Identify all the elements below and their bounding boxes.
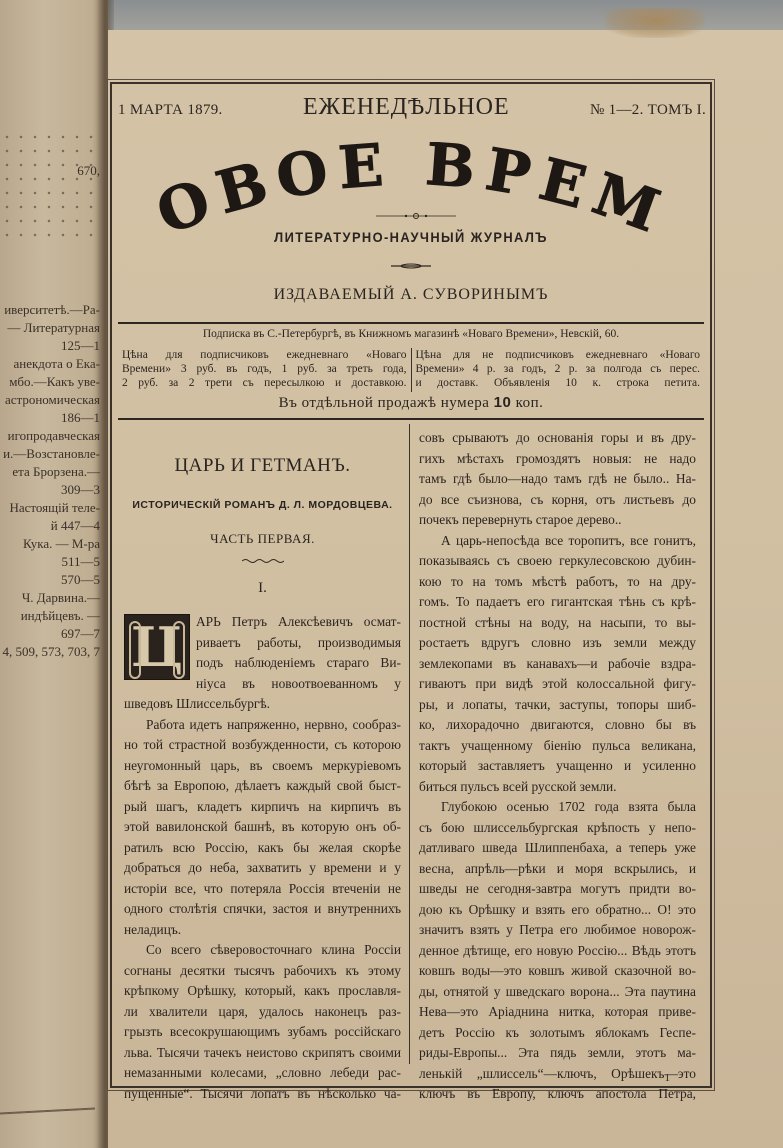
price-line: Времени» 4 р. за годъ, 2 р. за полгода с… [416, 362, 701, 376]
left-page-index-line: 511—5 [61, 554, 100, 570]
text-line: гиваютъ при видѣ этой колоссальной фигу- [419, 674, 696, 695]
price-line: 2 руб. за 2 трети съ пересылкою и достав… [122, 376, 407, 390]
text-line: Глубокою осенью 1702 года взята была [419, 797, 696, 818]
left-page-index-line: 570—5 [61, 572, 100, 588]
price-subscribers: Цѣна для подписчиковъ ежедневнаго «Новаг… [118, 348, 412, 392]
weekly-label: ЕЖЕНЕДѢЛЬНОЕ [303, 94, 510, 121]
article-column-left: ЦАРЬ И ГЕТМАНЪ. ИСТОРИЧЕСКІЙ РОМАНЪ Д. Л… [118, 424, 410, 1064]
text-line: датливаго шведа Шлиппенбаха, а теперь уж… [419, 838, 696, 859]
text-line: пущенные“. Тысячи лопатъ въ нѣсколько ча… [124, 1084, 401, 1105]
left-page-leader-dots [0, 130, 100, 240]
single-sale-suffix: коп. [516, 395, 544, 411]
text-line: шведы не сегодня-завтра могутъ придти во… [419, 879, 696, 900]
content-rule [118, 418, 704, 420]
journal-page-frame: 1 МАРТА 1879. ЕЖЕНЕДѢЛЬНОЕ № 1—2. ТОМЪ I… [110, 82, 712, 1088]
masthead-text: НОВОЕ ВРЕМЯ [112, 142, 677, 242]
paper-stain [605, 8, 705, 38]
single-issue-price: Въ отдѣльной продажѣ нумера 10 коп. [112, 394, 710, 412]
left-page-index-line: анекдота о Ека- [13, 356, 100, 372]
text-line: неладицъ. [124, 920, 401, 941]
text-line: ленькій „шлиссель“—ключъ, Орѣшекъ—это [419, 1064, 696, 1085]
text-line: Нева—это Аріаднина нитка, которая приве- [419, 1002, 696, 1023]
text-line: который заставляетъ учащенно и усиленно [419, 756, 696, 777]
left-page-index-line: индѣйцевъ. — [21, 608, 100, 624]
text-line: неугомонный царь, въ своемъ меркуріевомъ [124, 756, 401, 777]
text-line: съ бою шлиссельбургская крѣпость у непо- [419, 818, 696, 839]
publisher-line: ИЗДАВАЕМЫЙ А. СУВОРИНЫМЪ [112, 286, 710, 304]
left-page-index-line: астрономическая [5, 392, 100, 408]
decorated-dropcap: Ц [124, 614, 190, 680]
text-line: бѣгѣ за Европою, дѣлаетъ каждый свой быс… [124, 776, 401, 797]
text-line: риды-Европы... Эта пядь земли, этотъ ма- [419, 1043, 696, 1064]
price-box: Цѣна для подписчиковъ ежедневнаго «Новаг… [118, 348, 704, 392]
article-subtitle: ИСТОРИЧЕСКІЙ РОМАНЪ Д. Л. МОРДОВЦЕВА. [124, 495, 401, 516]
text-line: почекъ перевернуть старое дерево.. [419, 510, 696, 531]
text-line: шведовъ Шлиссельбургѣ. [124, 694, 401, 715]
text-line: рый шагъ, кладетъ кирпичъ на кирпичъ въ [124, 797, 401, 818]
text-line: денное дѣтище, его новую Россію... Вѣдь … [419, 941, 696, 962]
text-line: крѣпкому Орѣшку, который, какъ прославля… [124, 981, 401, 1002]
price-line: Времени» 3 руб. въ годъ, 1 руб. за треть… [122, 362, 407, 376]
header-rule [118, 322, 704, 324]
text-line: ростаетъ вдругъ словно изъ земли между [419, 633, 696, 654]
text-line: ковшъ воды—это ковшъ живой сказочной во- [419, 961, 696, 982]
article-columns: ЦАРЬ И ГЕТМАНЪ. ИСТОРИЧЕСКІЙ РОМАНЪ Д. Л… [118, 424, 704, 1064]
right-column-body: совъ срываютъ до основанія горы и въ дру… [419, 428, 696, 1105]
text-line: грызть всесокрушающимъ зубамъ россійскаг… [124, 1022, 401, 1043]
left-page-index-line: 125—1 [61, 338, 100, 354]
part-title: ЧАСТЬ ПЕРВАЯ. [124, 529, 401, 550]
text-line: ключъ въ Европу, ключъ апостола Петра, [419, 1084, 696, 1105]
text-line: дою къ Орѣшку и взять его обратно... О! … [419, 900, 696, 921]
text-line: до все съизнова, съ корня, отъ листьевъ … [419, 490, 696, 511]
header-row: 1 МАРТА 1879. ЕЖЕНЕДѢЛЬНОЕ № 1—2. ТОМЪ I… [118, 94, 706, 128]
left-page-index-line: 4, 509, 573, 703, 7 [3, 644, 101, 660]
squiggle-divider-icon [242, 558, 284, 564]
text-line: ніуса въ новоотвоеванномъ у [196, 674, 401, 695]
left-page-index-line: Настоящій теле- [9, 500, 100, 516]
price-nonsubscribers: Цѣна для не подписчиковъ ежедневнаго «Но… [412, 348, 705, 392]
page-number: 1 [665, 1072, 671, 1084]
left-page-index-line: Ч. Дарвина.— [22, 590, 100, 606]
left-page-index-line: 186—1 [61, 410, 100, 426]
text-line: исторіи все, что потеряла Россія втечені… [124, 879, 401, 900]
text-line: льва. Тысячи тачекъ неистово скрипятъ св… [124, 1043, 401, 1064]
price-line: Цѣна для не подписчиковъ ежедневнаго «Но… [416, 348, 701, 362]
left-page-index-line: ета Брорзена.— [12, 464, 100, 480]
single-sale-price: 10 [494, 394, 512, 411]
left-page-index-line: и.—Возстановле- [3, 446, 100, 462]
text-line: показываясь съ своею геркулесовскою дуби… [419, 551, 696, 572]
text-line: тактъ учащенному біенію пульса великана, [419, 736, 696, 757]
text-line: тамъ гдѣ было—надо тамъ гдѣ не было.. На… [419, 469, 696, 490]
text-line: Со всего сѣверовосточнаго клина Россіи [124, 940, 401, 961]
text-line: кою то на томъ мѣстѣ работъ, то на дру- [419, 572, 696, 593]
text-line: гомъ. То падаетъ его гигантская тѣнь съ … [419, 592, 696, 613]
text-line: риваетъ работы, производимыя [196, 633, 401, 654]
chapter-number: I. [124, 578, 401, 599]
ornament-divider-icon [376, 212, 456, 220]
subscription-info: Подписка въ С.-Петербургѣ, въ Книжномъ м… [112, 328, 710, 340]
text-line: АРЬ Петръ Алексѣевичъ осмат- [196, 612, 401, 633]
left-page-index-line: мбо.—Какъ уве- [9, 374, 100, 390]
text-line: немазанными колесами, „словно лебеди рас… [124, 1063, 401, 1084]
left-column-body: шведовъ Шлиссельбургѣ.Работа идетъ напря… [124, 694, 401, 1104]
left-page-index-line: й 447—4 [51, 518, 100, 534]
left-page-index-line: 697—7 [61, 626, 100, 642]
text-line: гихъ мѣстахъ громоздятъ новыя: не надо [419, 449, 696, 470]
left-page-index-line: 309—3 [61, 482, 100, 498]
issue-date: 1 МАРТА 1879. [118, 102, 223, 119]
text-line: ды, отнятой у шведскаго ворона... Эта па… [419, 982, 696, 1003]
text-line: детъ Россію къ золотымъ яблокамъ Геспе- [419, 1023, 696, 1044]
left-page-index-line: игопродавческая [8, 428, 100, 444]
left-page-fragment: 670,иверситетѣ.—Ра-— Литературная125—1ан… [0, 0, 108, 1148]
small-ornament-icon [391, 262, 431, 270]
text-line: согнаны десятки тысячъ рабочихъ къ этому [124, 961, 401, 982]
journal-subtitle: ЛИТЕРАТУРНО-НАУЧНЫЙ ЖУРНАЛЪ [136, 229, 686, 245]
article-title: ЦАРЬ И ГЕТМАНЪ. [124, 456, 401, 477]
text-line: землекопами въ канавахъ—и рабочіе вздра- [419, 654, 696, 675]
single-sale-prefix: Въ отдѣльной продажѣ нумера [279, 395, 490, 411]
price-line: и доставк. Объявленія 10 к. строка петит… [416, 376, 701, 390]
text-line: ратилъ всю Россію, какъ бы желая скорѣе [124, 838, 401, 859]
price-line: Цѣна для подписчиковъ ежедневнаго «Новаг… [122, 348, 407, 362]
issue-number: № 1—2. ТОМЪ I. [590, 102, 706, 119]
text-line: А царь-непосѣда все торопитъ, все гонитъ… [419, 531, 696, 552]
left-page-index-line: иверситетѣ.—Ра- [4, 302, 100, 318]
article-column-right: совъ срываютъ до основанія горы и въ дру… [410, 424, 702, 1064]
text-line: подъ наблюденіемъ стараго Ви- [196, 653, 401, 674]
left-page-index-line: — Литературная [7, 320, 100, 336]
text-line: совъ срываютъ до основанія горы и въ дру… [419, 428, 696, 449]
text-line: ры, и лопаты, тачки, заступы, топоры шиб… [419, 695, 696, 716]
masthead-arched-text: НОВОЕ ВРЕМЯ [112, 142, 710, 242]
text-line: добраться до неба, захватить у времени и… [124, 858, 401, 879]
text-line: значитъ взять у Петра его любимое новоро… [419, 920, 696, 941]
text-line: весна, апрѣль—рѣки и моря вскрылись, и [419, 859, 696, 880]
text-line: одного столѣтія спячки, застоя и внутрен… [124, 899, 401, 920]
left-page-index-line: Кука. — М-ра [23, 536, 100, 552]
text-line: биться пульсъ всей русской земли. [419, 777, 696, 798]
text-line: этой вавилонской башнѣ, въ которую онъ о… [124, 817, 401, 838]
text-line: постной стѣны на воду, на насыпи, то вы- [419, 613, 696, 634]
opening-paragraph: Ц АРЬ Петръ Алексѣевичъ осмат- риваетъ р… [124, 612, 401, 694]
svg-text:НОВОЕ ВРЕМЯ: НОВОЕ ВРЕМЯ [112, 142, 677, 242]
left-page-border-line [0, 1108, 95, 1115]
text-line: Работа идетъ напряженно, нервно, сообраз… [124, 715, 401, 736]
text-line: ко, лихорадочно двигаются, словно бы въ [419, 715, 696, 736]
text-line: но той страстной возбужденности, съ кото… [124, 735, 401, 756]
text-line: ли хвалители царя, удалось наконецъ раз- [124, 1002, 401, 1023]
